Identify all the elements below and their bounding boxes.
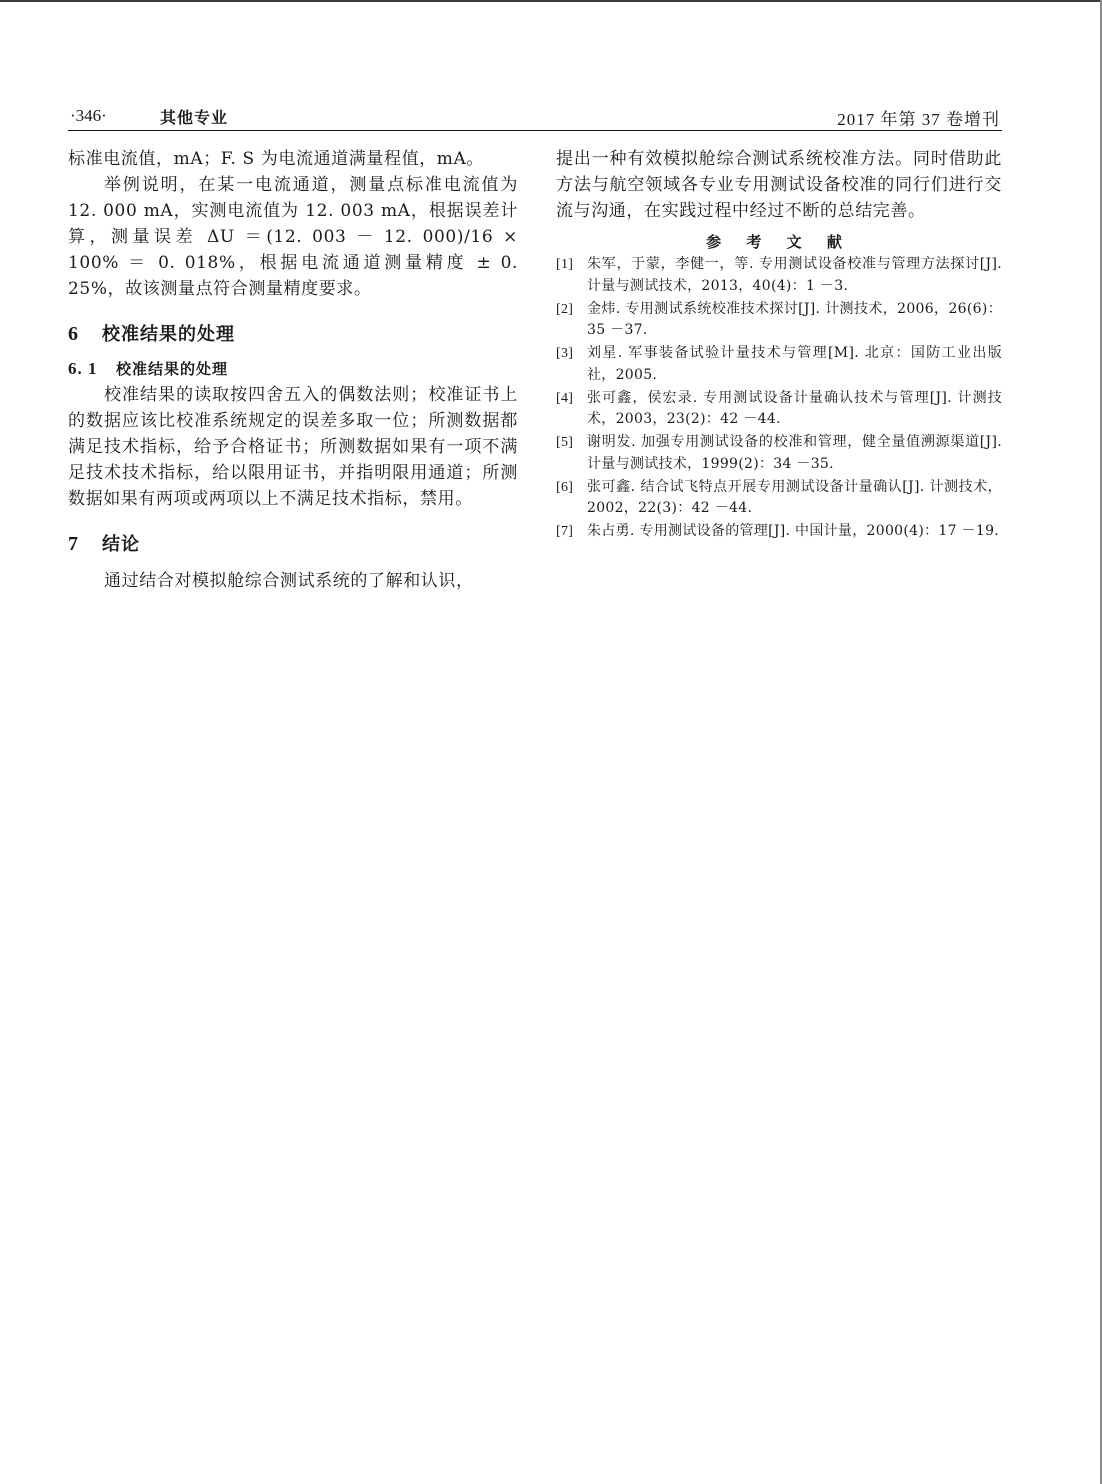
reference-item: [7] 朱占勇. 专用测试设备的管理[J]. 中国计量，2000(4)：17 －… (556, 521, 1002, 543)
section-7-heading: 7结论 (68, 524, 518, 564)
section-title: 校准结果的处理 (102, 324, 235, 345)
paragraph-conclusion-continued: 提出一种有效模拟舱综合测试系统校准方法。同时借助此方法与航空领域各专业专用测试设… (556, 146, 1002, 224)
paragraph-example: 举例说明，在某一电流通道，测量点标准电流值为 12. 000 mA，实测电流值为… (68, 172, 518, 302)
reference-number: [5] (556, 432, 573, 454)
section-label: 其他专业 (160, 105, 228, 128)
reference-text: 朱占勇. 专用测试设备的管理[J]. 中国计量，2000(4)：17 －19. (587, 523, 999, 539)
page-number: ·346· (70, 106, 107, 126)
page-top-border (0, 0, 1102, 2)
subsection-number: 6. 1 (68, 356, 116, 382)
reference-item: [1] 朱军，于蒙，李健一，等. 专用测试设备校准与管理方法探讨[J]. 计量与… (556, 254, 1002, 297)
reference-number: [6] (556, 477, 573, 499)
reference-text: 谢明发. 加强专用测试设备的校准和管理，健全量值溯源渠道[J]. 计量与测试技术… (587, 434, 1002, 472)
reference-number: [4] (556, 388, 573, 410)
reference-item: [3] 刘星. 军事装备试验计量技术与管理[M]. 北京：国防工业出版社，200… (556, 343, 1002, 386)
section-title: 结论 (102, 534, 140, 555)
left-column: 标准电流值，mA；F. S 为电流通道满量程值，mA。 举例说明，在某一电流通道… (68, 146, 518, 594)
reference-text: 朱军，于蒙，李健一，等. 专用测试设备校准与管理方法探讨[J]. 计量与测试技术… (587, 256, 1002, 294)
reference-item: [4] 张可鑫，侯宏录. 专用测试设备计量确认技术与管理[J]. 计测技术，20… (556, 388, 1002, 431)
references-heading: 参 考 文 献 (556, 230, 1002, 254)
subsection-title: 校准结果的处理 (116, 360, 228, 378)
reference-item: [5] 谢明发. 加强专用测试设备的校准和管理，健全量值溯源渠道[J]. 计量与… (556, 432, 1002, 475)
paragraph-6-1: 校准结果的读取按四舍五入的偶数法则；校准证书上的数据应该比校准系统规定的误差多取… (68, 382, 518, 512)
journal-issue: 2017 年第 37 卷增刊 (837, 105, 1000, 130)
paragraph-continued: 标准电流值，mA；F. S 为电流通道满量程值，mA。 (68, 146, 518, 172)
reference-text: 张可鑫. 结合试飞特点开展专用测试设备计量确认[J]. 计测技术，2002，22… (587, 479, 1002, 517)
reference-item: [2] 金炜. 专用测试系统校准技术探讨[J]. 计测技术，2006，26(6)… (556, 299, 1002, 342)
reference-number: [2] (556, 299, 573, 321)
reference-text: 刘星. 军事装备试验计量技术与管理[M]. 北京：国防工业出版社，2005. (587, 345, 1002, 383)
paragraph-conclusion-start: 通过结合对模拟舱综合测试系统的了解和认识， (68, 568, 518, 594)
running-head: ·346· 其他专业 2017 年第 37 卷增刊 (68, 104, 1002, 131)
reference-number: [1] (556, 254, 573, 276)
subsection-6-1-heading: 6. 1校准结果的处理 (68, 356, 518, 382)
reference-item: [6] 张可鑫. 结合试飞特点开展专用测试设备计量确认[J]. 计测技术，200… (556, 477, 1002, 520)
section-6-heading: 6校准结果的处理 (68, 316, 518, 352)
reference-text: 张可鑫，侯宏录. 专用测试设备计量确认技术与管理[J]. 计测技术，2003，2… (587, 390, 1002, 428)
section-number: 7 (68, 524, 102, 564)
references-list: [1] 朱军，于蒙，李健一，等. 专用测试设备校准与管理方法探讨[J]. 计量与… (556, 254, 1002, 543)
section-number: 6 (68, 316, 102, 352)
reference-number: [3] (556, 343, 573, 365)
reference-number: [7] (556, 521, 573, 543)
reference-text: 金炜. 专用测试系统校准技术探讨[J]. 计测技术，2006，26(6)：35 … (587, 301, 1002, 339)
right-column: 提出一种有效模拟舱综合测试系统校准方法。同时借助此方法与航空领域各专业专用测试设… (556, 146, 1002, 544)
